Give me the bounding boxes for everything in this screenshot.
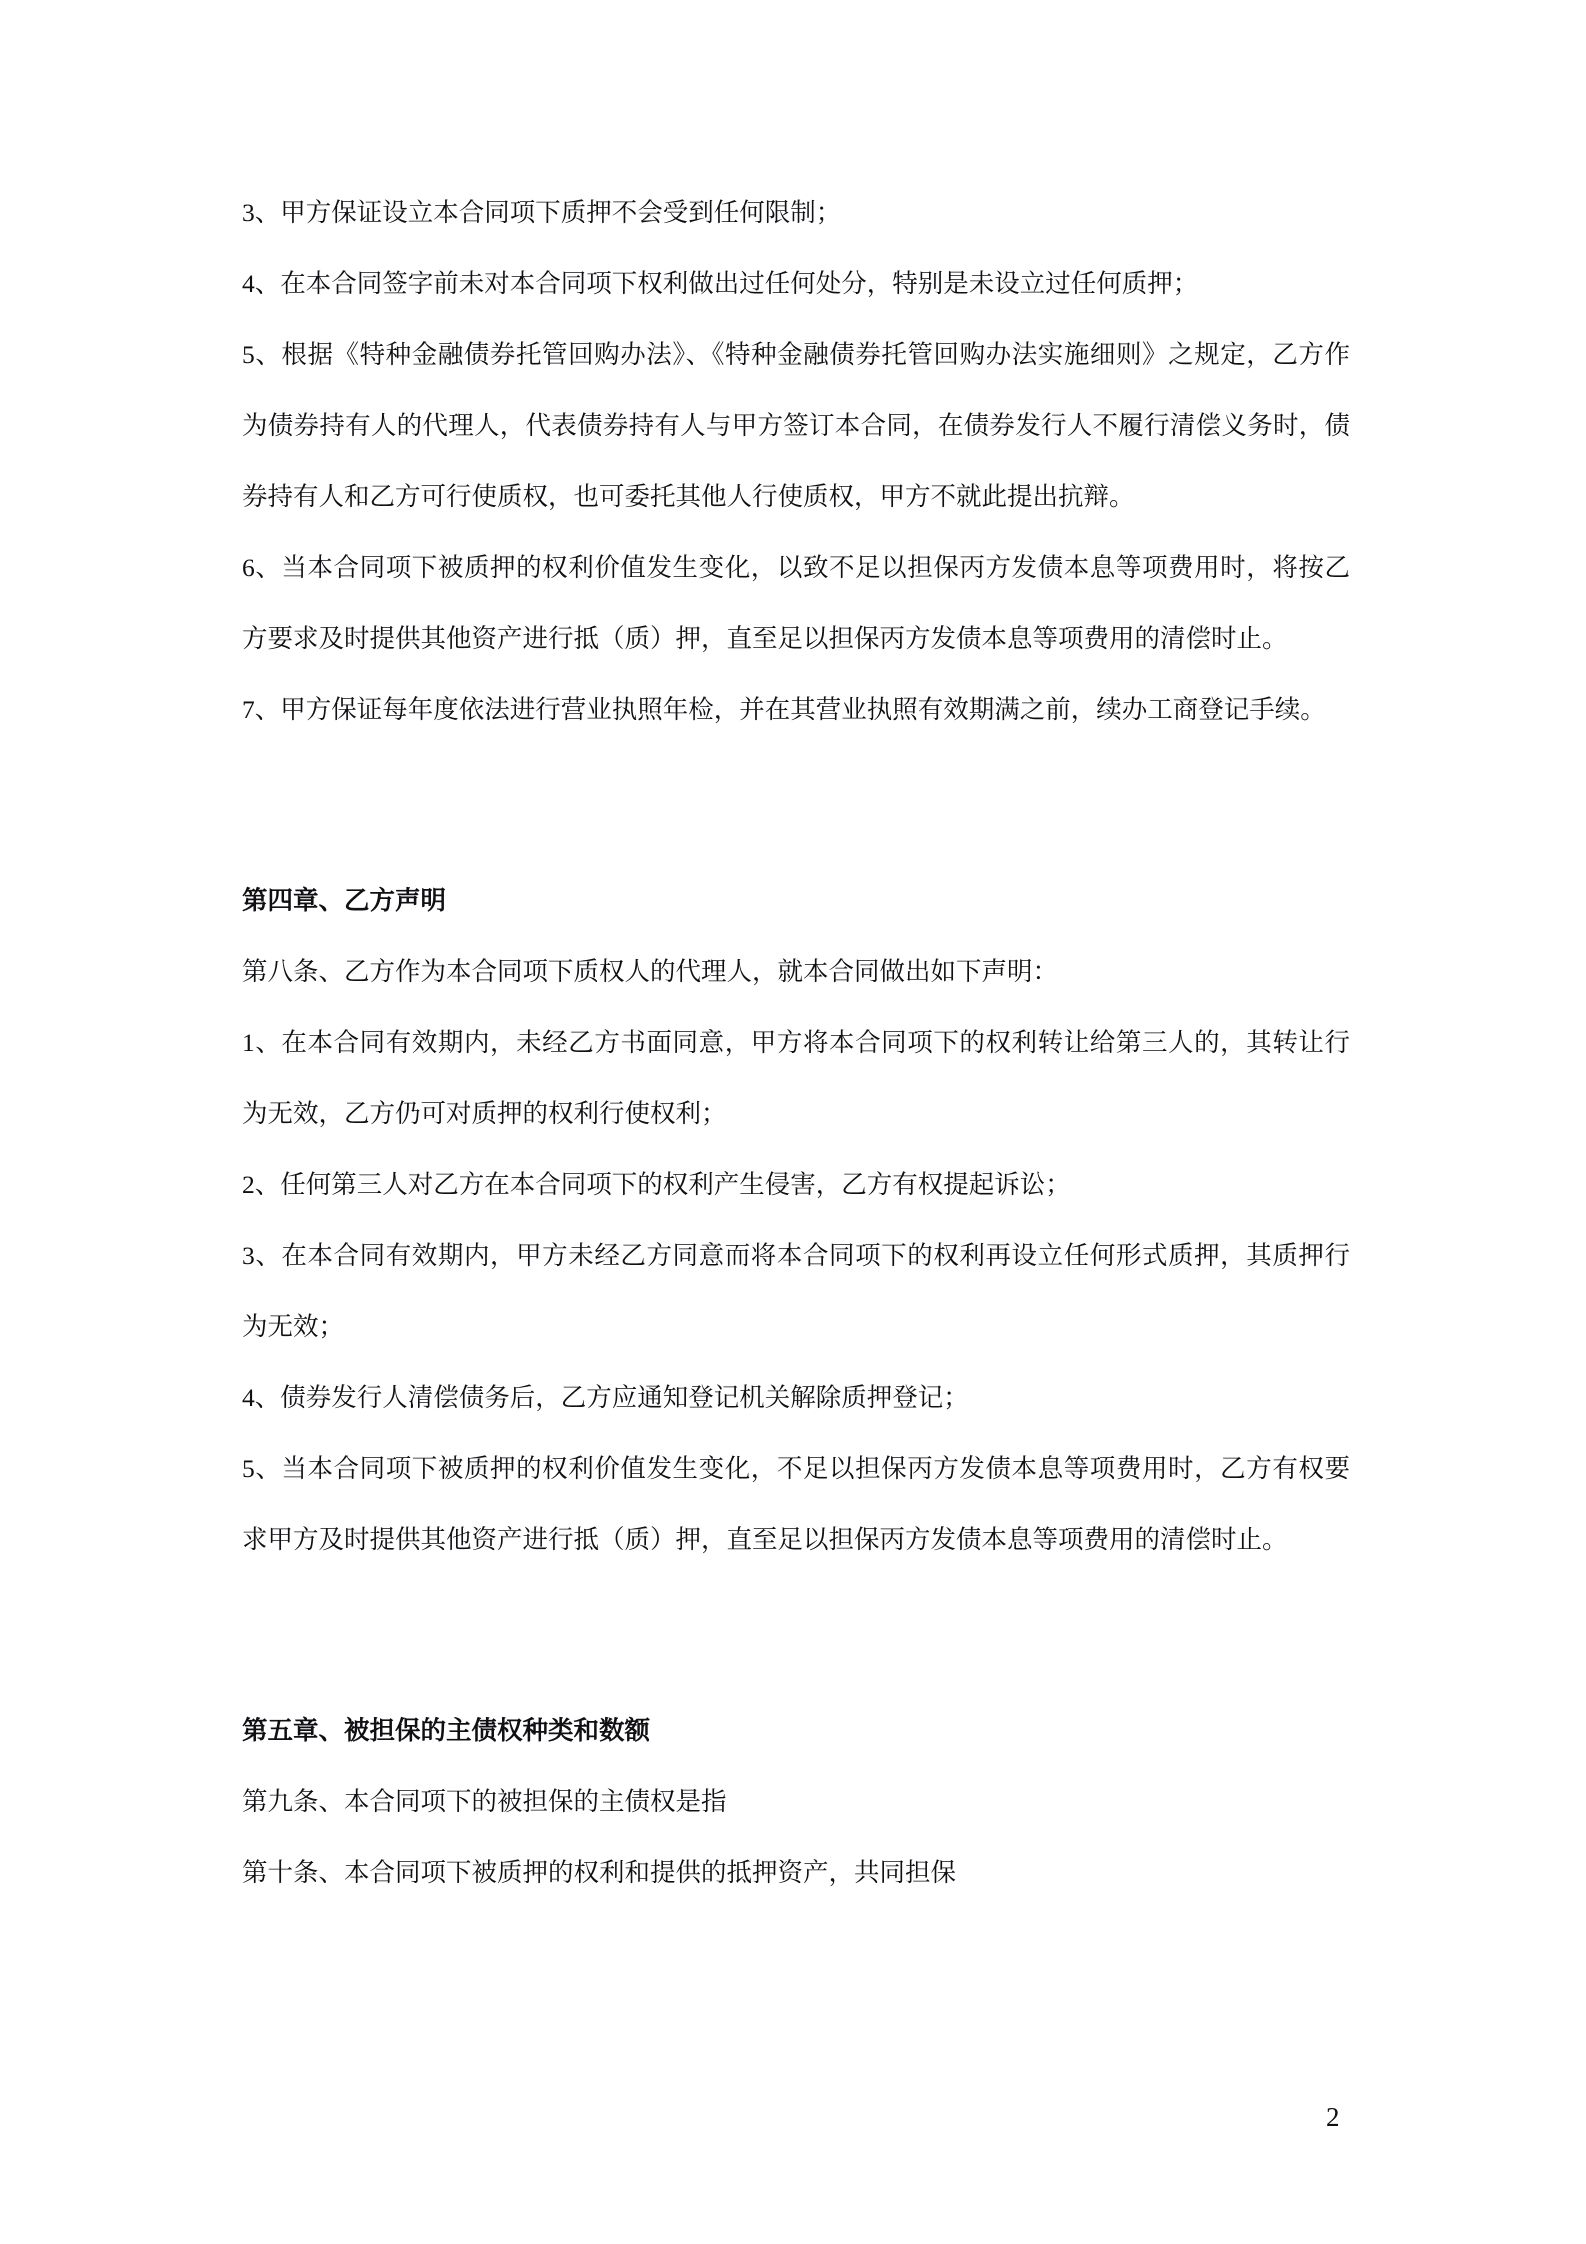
paragraph-spacer: [242, 745, 1350, 865]
paragraph: 第九条、本合同项下的被担保的主债权是指: [242, 1766, 1350, 1837]
chapter-heading: 第四章、乙方声明: [242, 865, 1350, 936]
paragraph-spacer: [242, 1575, 1350, 1695]
paragraph: 2、任何第三人对乙方在本合同项下的权利产生侵害，乙方有权提起诉讼；: [242, 1149, 1350, 1220]
document-body: 3、甲方保证设立本合同项下质押不会受到任何限制；4、在本合同签字前未对本合同项下…: [242, 177, 1350, 1908]
chapter-heading: 第五章、被担保的主债权种类和数额: [242, 1695, 1350, 1766]
paragraph: 1、在本合同有效期内，未经乙方书面同意，甲方将本合同项下的权利转让给第三人的，其…: [242, 1007, 1350, 1149]
paragraph: 3、在本合同有效期内，甲方未经乙方同意而将本合同项下的权利再设立任何形式质押，其…: [242, 1220, 1350, 1362]
paragraph: 6、当本合同项下被质押的权利价值发生变化，以致不足以担保丙方发债本息等项费用时，…: [242, 532, 1350, 674]
paragraph: 3、甲方保证设立本合同项下质押不会受到任何限制；: [242, 177, 1350, 248]
paragraph: 第八条、乙方作为本合同项下质权人的代理人，就本合同做出如下声明：: [242, 936, 1350, 1007]
paragraph: 4、债券发行人清偿债务后，乙方应通知登记机关解除质押登记；: [242, 1362, 1350, 1433]
page-number: 2: [1326, 2082, 1386, 2153]
paragraph: 5、根据《特种金融债券托管回购办法》、《特种金融债券托管回购办法实施细则》之规定…: [242, 319, 1350, 532]
paragraph: 4、在本合同签字前未对本合同项下权利做出过任何处分，特别是未设立过任何质押；: [242, 248, 1350, 319]
paragraph: 7、甲方保证每年度依法进行营业执照年检，并在其营业执照有效期满之前，续办工商登记…: [242, 674, 1350, 745]
document-page: 3、甲方保证设立本合同项下质押不会受到任何限制；4、在本合同签字前未对本合同项下…: [0, 0, 1586, 2244]
paragraph: 5、当本合同项下被质押的权利价值发生变化，不足以担保丙方发债本息等项费用时，乙方…: [242, 1433, 1350, 1575]
paragraph: 第十条、本合同项下被质押的权利和提供的抵押资产，共同担保: [242, 1837, 1350, 1908]
